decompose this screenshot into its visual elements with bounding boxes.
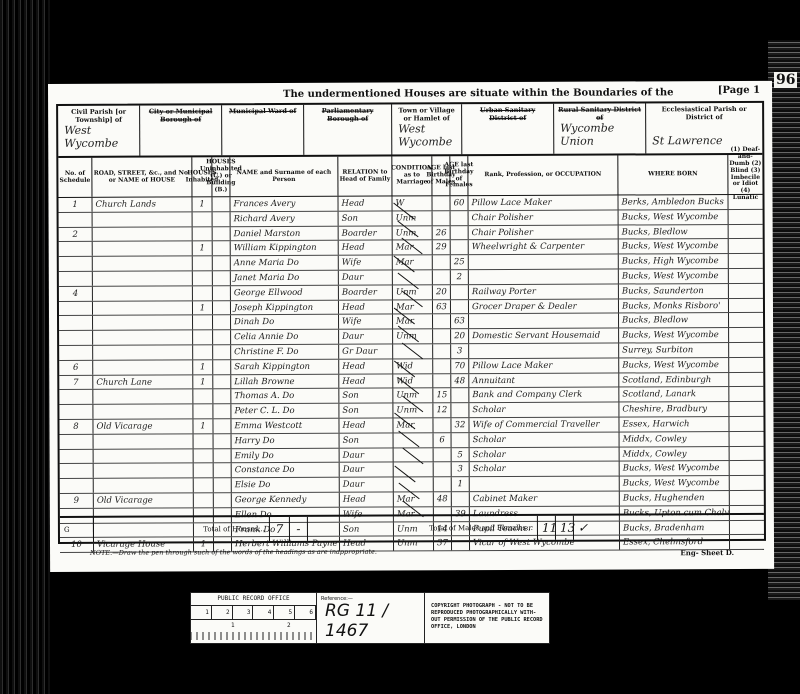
cell-infirmity	[729, 328, 763, 342]
cell-name: Harry Do	[232, 433, 340, 447]
cell-schedule-no	[59, 213, 93, 227]
cell-relation: Daur	[339, 270, 393, 284]
cell-age-female	[451, 389, 469, 403]
record-office-title: PUBLIC RECORD OFFICE	[191, 593, 316, 606]
cell-schedule-no	[59, 405, 93, 419]
cell-infirmity	[729, 254, 763, 268]
cell-occupation	[469, 269, 619, 283]
cell-age-male	[433, 329, 451, 343]
cell-schedule-no: 8	[59, 420, 93, 434]
cell-name: Lillah Browne	[231, 374, 339, 388]
cell-infirmity	[729, 284, 763, 298]
total-persons-label: Total of Males and Females...	[308, 516, 538, 541]
cell-houses-inhabited	[193, 286, 213, 300]
cell-occupation	[470, 477, 620, 491]
cell-houses-uninhabited	[213, 256, 231, 270]
cell-houses-inhabited: 1	[193, 419, 213, 433]
cell-address	[93, 286, 193, 300]
cell-where-born: Essex, Harwich	[619, 417, 729, 431]
footer-note: NOTE.—Draw the pen through such of the w…	[90, 548, 377, 557]
cell-houses-inhabited	[193, 227, 213, 241]
cell-schedule-no: 6	[59, 361, 93, 375]
cell-houses-inhabited: 1	[193, 242, 213, 256]
column-header-occupation: Rank, Profession, or OCCUPATION	[468, 156, 618, 196]
column-header-relation: RELATION to Head of Family	[338, 156, 392, 195]
cell-relation: Daur	[340, 448, 394, 462]
cell-houses-inhabited	[193, 345, 213, 359]
cell-age-female	[451, 226, 469, 240]
cell-relation: Daur	[340, 478, 394, 492]
cell-occupation	[469, 343, 619, 357]
cell-infirmity	[729, 239, 763, 253]
cell-relation: Head	[339, 359, 393, 373]
cell-infirmity	[730, 446, 764, 460]
cell-age-female: 32	[451, 418, 469, 432]
cell-name: Christine F. Do	[231, 345, 339, 359]
cell-name: Janet Maria Do	[231, 271, 339, 285]
cell-age-female: 1	[452, 477, 470, 491]
cell-condition: Unm	[393, 285, 433, 299]
cell-infirmity	[729, 387, 763, 401]
cell-age-female: 3	[451, 344, 469, 358]
cell-relation: Daur	[339, 330, 393, 344]
cell-houses-uninhabited	[214, 493, 232, 507]
cell-age-male: 63	[433, 300, 451, 314]
district-label: City or Municipal Borough of	[143, 107, 218, 123]
cell-address	[93, 331, 193, 345]
district-town-village: Town or Village or Hamlet ofWest Wycombe	[392, 104, 462, 154]
cell-houses-uninhabited	[213, 419, 231, 433]
district-value: West Wycombe	[64, 124, 139, 150]
cell-name: George Kennedy	[232, 493, 340, 507]
cell-name: Elsie Do	[232, 478, 340, 492]
cell-age-female: 63	[451, 315, 469, 329]
cell-relation: Head	[339, 241, 393, 255]
column-header-age-female: AGE last Birthday of Females	[450, 156, 468, 195]
cell-schedule-no	[60, 449, 94, 463]
cell-age-male	[433, 374, 451, 388]
cell-age-male	[433, 270, 451, 284]
district-label: Town or Village or Hamlet of	[395, 106, 458, 122]
cell-occupation	[469, 255, 619, 269]
cell-relation: Boarder	[339, 285, 393, 299]
boundaries-caption: The undermentioned Houses are situate wi…	[283, 87, 673, 100]
cell-where-born: Surrey, Surbiton	[619, 343, 729, 357]
cell-address: Old Vicarage	[93, 419, 193, 433]
cell-houses-uninhabited	[212, 197, 230, 211]
cell-houses-uninhabited	[214, 464, 232, 478]
cell-houses-inhabited: 1	[193, 301, 213, 315]
totals-mark: G	[60, 518, 94, 542]
cell-houses-inhabited	[193, 390, 213, 404]
cell-age-female	[451, 241, 469, 255]
scan-border-left	[0, 0, 50, 694]
cell-age-female	[451, 300, 469, 314]
cell-relation: Wife	[339, 256, 393, 270]
cell-name: Constance Do	[232, 463, 340, 477]
cell-where-born: Bucks, Hughenden	[620, 491, 730, 505]
cell-infirmity	[729, 343, 763, 357]
cell-schedule-no	[59, 242, 93, 256]
cell-where-born: Bucks, Saunderton	[619, 284, 729, 298]
cell-infirmity	[728, 195, 762, 209]
cell-name: Thomas A. Do	[231, 389, 339, 403]
cell-where-born: Cheshire, Bradbury	[619, 402, 729, 416]
cell-name: Celia Annie Do	[231, 330, 339, 344]
cell-where-born: Scotland, Edinburgh	[619, 373, 729, 387]
cell-relation: Boarder	[339, 226, 393, 240]
ruler-cm-4: 4	[253, 606, 274, 619]
cell-relation: Son	[339, 404, 393, 418]
cell-age-male: 12	[433, 403, 451, 417]
cell-age-female	[451, 403, 469, 417]
cell-age-female: 20	[451, 329, 469, 343]
cell-houses-uninhabited	[213, 301, 231, 315]
column-headers: No. of ScheduleROAD, STREET, &c., and No…	[58, 155, 762, 198]
district-value: Wycombe Union	[560, 121, 645, 147]
cell-name: Anne Maria Do	[231, 256, 339, 270]
cell-infirmity	[729, 372, 763, 386]
cell-address	[93, 390, 193, 404]
cell-relation: Son	[340, 433, 394, 447]
cell-schedule-no	[59, 346, 93, 360]
cell-occupation: Bank and Company Clerk	[469, 388, 619, 402]
cell-address	[93, 301, 193, 315]
cell-houses-uninhabited	[213, 227, 231, 241]
cell-age-female: 60	[450, 196, 468, 210]
cell-occupation: Annuitant	[469, 373, 619, 387]
cell-age-female	[452, 492, 470, 506]
cell-occupation: Railway Porter	[469, 284, 619, 298]
cell-houses-uninhabited	[213, 271, 231, 285]
cell-schedule-no: 9	[60, 494, 94, 508]
cell-age-male	[433, 211, 451, 225]
cell-age-male	[434, 448, 452, 462]
cell-houses-uninhabited	[213, 390, 231, 404]
district-municipal-borough: City or Municipal Borough of	[140, 105, 222, 155]
cell-age-male: 29	[433, 241, 451, 255]
page-number: [Page 1	[718, 85, 760, 96]
cell-houses-uninhabited	[214, 434, 232, 448]
cell-where-born: Bucks, West Wycombe	[619, 328, 729, 342]
cell-relation: Head	[339, 374, 393, 388]
ruler-cm-1: 1	[191, 606, 212, 619]
cell-address	[93, 360, 193, 374]
cell-infirmity	[730, 476, 764, 490]
cell-name: Emma Westcott	[231, 419, 339, 433]
sheet-label: Eng- Sheet D.	[680, 548, 734, 557]
census-page: The undermentioned Houses are situate wi…	[48, 81, 774, 572]
total-males: 11	[538, 516, 556, 540]
cell-houses-inhabited	[193, 271, 213, 285]
total-females: 13	[556, 516, 574, 540]
cell-name: Frances Avery	[230, 197, 338, 211]
cell-age-male: 48	[434, 492, 452, 506]
cell-address	[94, 479, 194, 493]
cell-address	[94, 449, 194, 463]
cell-relation: Gr Daur	[339, 344, 393, 358]
cell-address	[93, 242, 193, 256]
cell-age-male: 15	[433, 389, 451, 403]
cell-occupation: Pillow Lace Maker	[468, 196, 618, 210]
cell-address	[93, 257, 193, 271]
record-office-ruler: PUBLIC RECORD OFFICE 123456 1 2	[191, 593, 317, 643]
cell-houses-uninhabited	[213, 330, 231, 344]
cell-occupation: Cabinet Maker	[470, 491, 620, 505]
cell-address: Church Lane	[93, 375, 193, 389]
cell-schedule-no	[60, 479, 94, 493]
cell-where-born: Scotland, Lanark	[619, 387, 729, 401]
cell-infirmity	[730, 432, 764, 446]
cell-name: Daniel Marston	[231, 226, 339, 240]
district-label: Civil Parish [or Township] of	[61, 108, 136, 124]
cell-occupation: Wheelwright & Carpenter	[469, 240, 619, 254]
cell-infirmity	[729, 224, 763, 238]
column-header-houses-uninhabited: HOUSES Uninhabited (U.) or Building (B.)	[212, 157, 230, 196]
cell-age-female: 48	[451, 374, 469, 388]
district-header: Civil Parish [or Township] ofWest Wycomb…	[58, 103, 762, 158]
total-houses-label: Total of Houses...	[94, 517, 270, 542]
cell-houses-inhabited	[193, 212, 213, 226]
cell-age-male	[433, 359, 451, 373]
cell-schedule-no	[60, 435, 94, 449]
cell-where-born: Bucks, West Wycombe	[619, 358, 729, 372]
ruler-cm-6: 6	[295, 606, 316, 619]
cell-houses-inhabited: 1	[193, 360, 213, 374]
cell-houses-inhabited	[194, 493, 214, 507]
cell-houses-uninhabited	[213, 404, 231, 418]
cell-where-born: Bucks, Monks Risboro'	[619, 299, 729, 313]
cell-occupation: Scholar	[470, 432, 620, 446]
district-label: Rural Sanitary District of	[557, 105, 642, 121]
column-header-schedule-no: No. of Schedule	[58, 158, 92, 197]
cell-occupation: Wife of Commercial Traveller	[469, 417, 619, 431]
cell-relation: Son	[339, 389, 393, 403]
cell-where-born: Bucks, High Wycombe	[619, 254, 729, 268]
totals-check: ✓	[574, 515, 764, 540]
cell-infirmity	[730, 461, 764, 475]
ruler-inch-2: 2	[287, 622, 291, 629]
cell-age-male	[433, 315, 451, 329]
cell-schedule-no	[59, 390, 93, 404]
district-parliamentary-borough: Parliamentary Borough of	[304, 104, 392, 154]
cell-schedule-no: 2	[59, 227, 93, 241]
cell-age-male: 6	[434, 433, 452, 447]
cell-houses-uninhabited	[213, 316, 231, 330]
cell-where-born: Middx, Cowley	[620, 447, 730, 461]
cell-address	[94, 464, 194, 478]
cell-name: Joseph Kippington	[231, 300, 339, 314]
cell-houses-inhabited	[193, 330, 213, 344]
cell-address	[93, 212, 193, 226]
cell-age-male	[433, 418, 451, 432]
cell-occupation: Scholar	[470, 462, 620, 476]
copyright-notice: COPYRIGHT PHOTOGRAPH - NOT TO BE REPRODU…	[425, 593, 549, 643]
cell-houses-uninhabited	[214, 478, 232, 492]
cell-schedule-no	[59, 316, 93, 330]
cell-name: Emily Do	[232, 448, 340, 462]
cell-occupation: Grocer Draper & Dealer	[469, 299, 619, 313]
cell-age-female: 3	[452, 463, 470, 477]
reference-box: Reference:— RG 11 / 1467	[317, 593, 425, 643]
cell-schedule-no	[59, 331, 93, 345]
cell-houses-uninhabited	[214, 449, 232, 463]
cell-name: George Ellwood	[231, 286, 339, 300]
cell-infirmity	[729, 358, 763, 372]
cell-condition: Mar	[393, 256, 433, 270]
cell-where-born: Bucks, West Wycombe	[619, 210, 729, 224]
cell-occupation: Chair Polisher	[469, 225, 619, 239]
cell-address	[93, 316, 193, 330]
census-rows: 1Church Lands1Frances AveryHeadW60Pillow…	[58, 195, 764, 553]
cell-houses-inhabited	[194, 464, 214, 478]
cell-where-born: Bucks, West Wycombe	[620, 476, 730, 490]
cell-condition	[394, 433, 434, 447]
cell-infirmity	[729, 402, 763, 416]
cell-houses-inhabited: 1	[192, 197, 212, 211]
cell-infirmity	[729, 269, 763, 283]
cell-age-male	[433, 344, 451, 358]
cell-relation: Head	[340, 492, 394, 506]
cell-houses-inhabited	[194, 478, 214, 492]
cell-relation: Daur	[340, 463, 394, 477]
district-municipal-ward: Municipal Ward of	[222, 105, 304, 155]
cell-schedule-no	[59, 257, 93, 271]
total-houses-uninhabited: -	[290, 517, 308, 541]
district-civil-parish: Civil Parish [or Township] ofWest Wycomb…	[58, 106, 140, 156]
cell-houses-inhabited: 1	[193, 375, 213, 389]
cell-houses-inhabited	[193, 256, 213, 270]
district-label: Parliamentary Borough of	[307, 107, 388, 123]
cell-relation: Head	[339, 300, 393, 314]
folio-number: 96	[774, 72, 797, 88]
district-label: Municipal Ward of	[225, 107, 300, 115]
district-label: Urban Sanitary District of	[465, 106, 550, 122]
cell-schedule-no: 1	[58, 198, 92, 212]
cell-name: Dinah Do	[231, 315, 339, 329]
cell-relation: Head	[338, 196, 392, 210]
cell-age-male	[434, 463, 452, 477]
cell-age-female	[451, 211, 469, 225]
cell-occupation: Scholar	[469, 403, 619, 417]
column-header-where-born: WHERE BORN	[618, 155, 728, 194]
cell-infirmity	[729, 417, 763, 431]
cell-address	[93, 227, 193, 241]
ruler-inch-1: 1	[231, 622, 235, 629]
cell-occupation: Pillow Lace Maker	[469, 358, 619, 372]
cell-infirmity	[729, 313, 763, 327]
district-urban-sanitary-district: Urban Sanitary District of	[462, 104, 554, 154]
cell-address	[93, 271, 193, 285]
cell-houses-uninhabited	[213, 375, 231, 389]
ruler-inches: 1 2	[191, 620, 316, 640]
column-header-address: ROAD, STREET, &c., and No. or NAME of HO…	[92, 157, 192, 196]
cell-houses-uninhabited	[213, 345, 231, 359]
cell-age-male: 26	[433, 226, 451, 240]
record-office-slip: PUBLIC RECORD OFFICE 123456 1 2 Referenc…	[190, 592, 550, 644]
cell-where-born: Bucks, West Wycombe	[619, 239, 729, 253]
cell-where-born: Bucks, West Wycombe	[620, 461, 730, 475]
column-header-infirmity: (1) Deaf-and-Dumb (2) Blind (3) Imbecile…	[728, 155, 762, 194]
cell-relation: Wife	[339, 315, 393, 329]
cell-schedule-no	[60, 464, 94, 478]
cell-houses-uninhabited	[213, 286, 231, 300]
cell-age-male	[434, 477, 452, 491]
cell-occupation: Domestic Servant Housemaid	[469, 329, 619, 343]
cell-address	[93, 345, 193, 359]
cell-name: Sarah Kippington	[231, 359, 339, 373]
cell-age-female	[452, 433, 470, 447]
cell-where-born: Bucks, Bledlow	[619, 225, 729, 239]
cell-houses-inhabited	[193, 404, 213, 418]
column-header-name: NAME and Surname of each Person	[230, 157, 338, 196]
cell-infirmity	[729, 210, 763, 224]
cell-schedule-no	[59, 301, 93, 315]
cell-name: William Kippington	[231, 241, 339, 255]
census-table: Civil Parish [or Township] ofWest Wycomb…	[56, 101, 766, 544]
district-rural-sanitary-district: Rural Sanitary District ofWycombe Union	[554, 103, 646, 153]
cell-houses-inhabited	[194, 449, 214, 463]
cell-houses-inhabited	[194, 434, 214, 448]
cell-name: Peter C. L. Do	[231, 404, 339, 418]
totals-row: G Total of Houses... 7 - Total of Males …	[60, 513, 764, 542]
cell-schedule-no: 7	[59, 375, 93, 389]
cell-schedule-no: 4	[59, 287, 93, 301]
cell-where-born: Berks, Ambledon Bucks	[618, 195, 728, 209]
cell-address: Church Lands	[92, 197, 192, 211]
cell-name: Richard Avery	[231, 212, 339, 226]
cell-where-born: Bucks, Bledlow	[619, 313, 729, 327]
ruler-cm: 123456	[191, 606, 316, 620]
cell-where-born: Middx, Cowley	[620, 432, 730, 446]
cell-age-female: 2	[451, 270, 469, 284]
cell-age-female	[451, 285, 469, 299]
cell-age-female: 25	[451, 255, 469, 269]
cell-occupation: Chair Polisher	[469, 210, 619, 224]
cell-infirmity	[729, 298, 763, 312]
total-houses-inhabited: 7	[270, 517, 290, 541]
cell-relation: Son	[339, 211, 393, 225]
district-label: Ecclesiastical Parish or District of	[649, 105, 759, 121]
cell-age-male: 20	[433, 285, 451, 299]
cell-address	[94, 434, 194, 448]
cell-relation: Head	[339, 418, 393, 432]
ruler-cm-5: 5	[274, 606, 295, 619]
cell-infirmity	[730, 491, 764, 505]
ruler-cm-3: 3	[233, 606, 254, 619]
cell-houses-uninhabited	[213, 360, 231, 374]
cell-houses-inhabited	[193, 316, 213, 330]
cell-address: Old Vicarage	[94, 493, 194, 507]
cell-occupation	[469, 314, 619, 328]
cell-where-born: Bucks, West Wycombe	[619, 269, 729, 283]
reference-number: RG 11 / 1467	[325, 601, 424, 641]
district-value: St Lawrence	[652, 134, 722, 147]
ruler-cm-2: 2	[212, 606, 233, 619]
cell-age-female: 5	[452, 448, 470, 462]
cell-houses-uninhabited	[213, 242, 231, 256]
district-value: West Wycombe	[398, 122, 461, 148]
cell-schedule-no	[59, 272, 93, 286]
cell-age-male	[433, 255, 451, 269]
cell-address	[93, 405, 193, 419]
cell-houses-uninhabited	[213, 212, 231, 226]
cell-occupation: Scholar	[470, 447, 620, 461]
cell-age-female: 70	[451, 359, 469, 373]
cell-age-male	[432, 196, 450, 210]
